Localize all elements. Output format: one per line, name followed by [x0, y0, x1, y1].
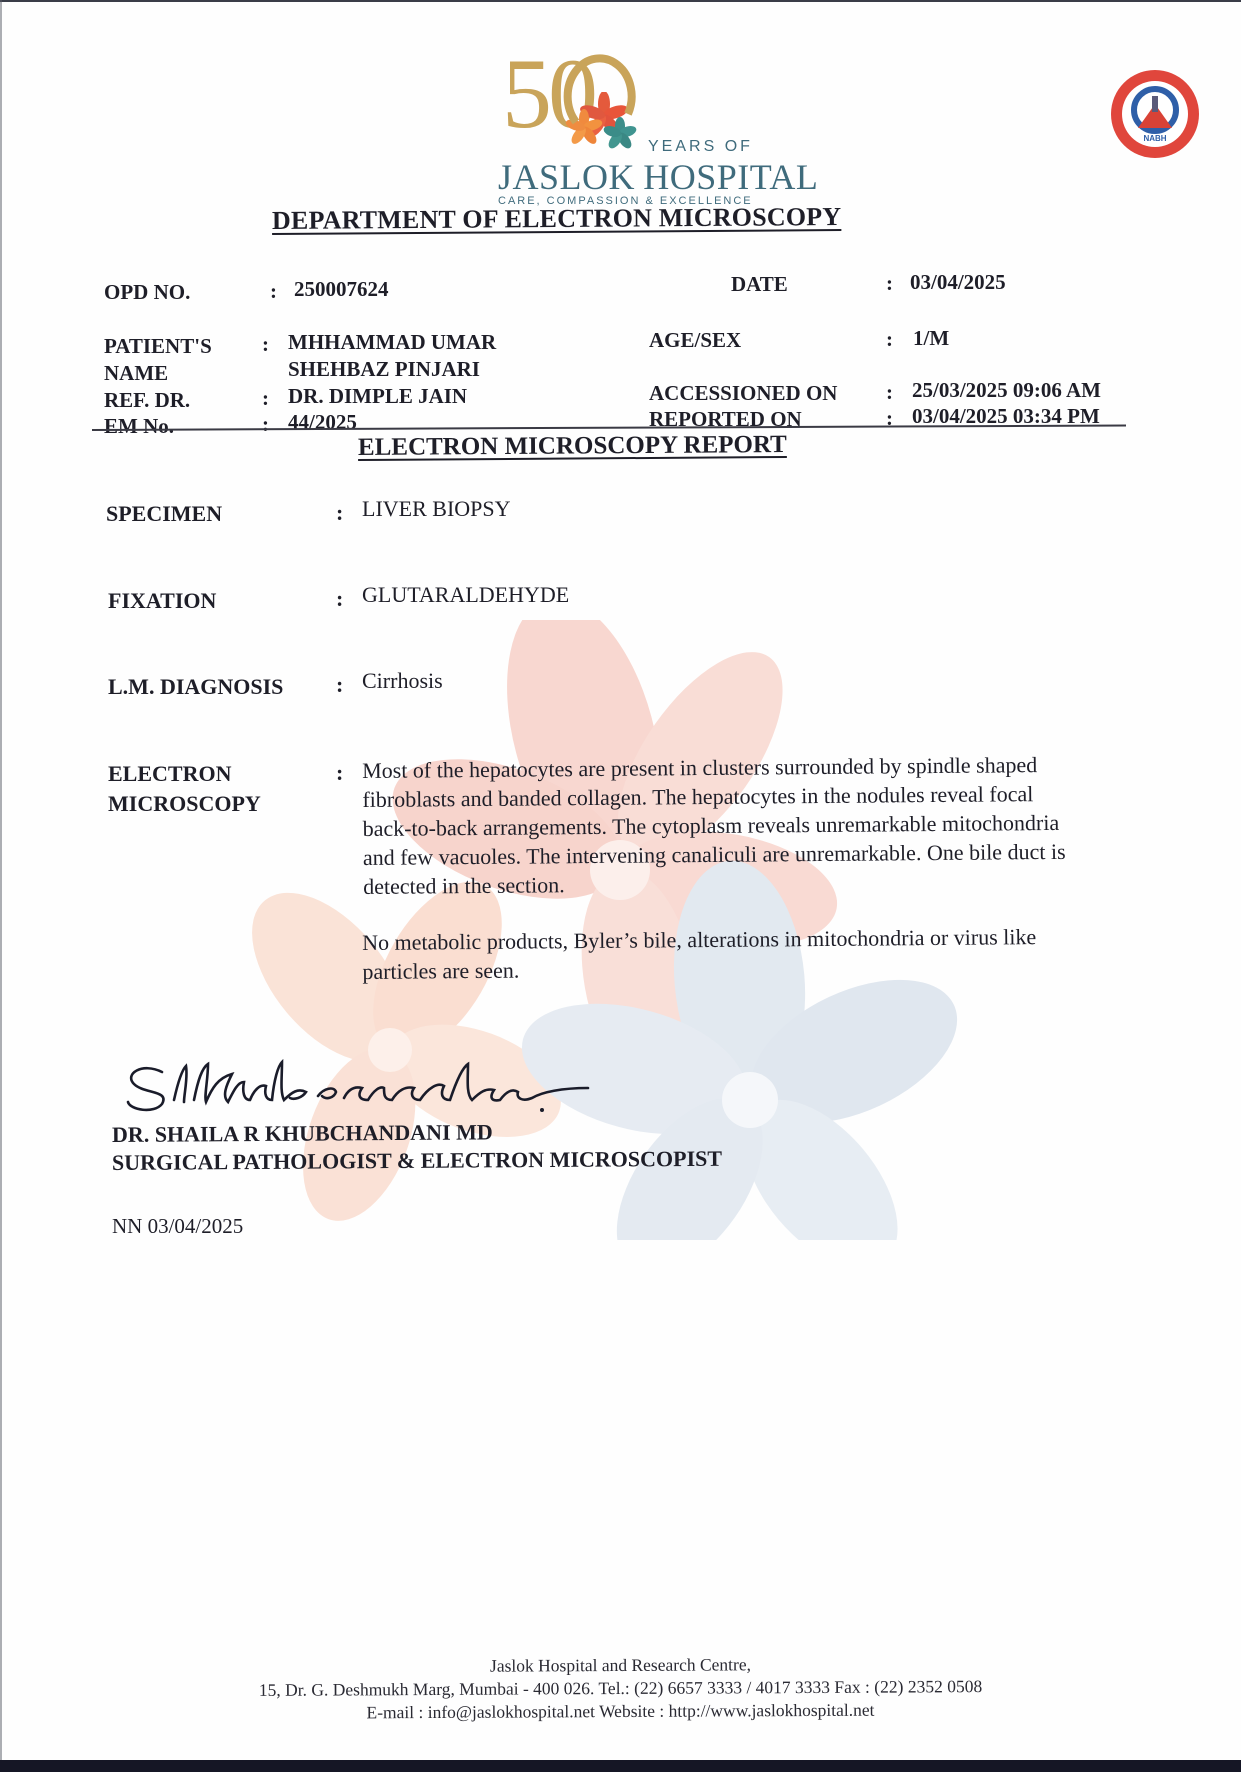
separator: : — [262, 412, 269, 437]
em-no-value: 44/2025 — [288, 410, 357, 434]
separator: : — [886, 380, 893, 405]
initials-date: NN 03/04/2025 — [112, 1214, 243, 1239]
accessioned-on-value: 25/03/2025 09:06 AM — [912, 378, 1101, 402]
opd-no-label: OPD NO. — [104, 280, 190, 304]
separator: : — [262, 332, 269, 357]
electron-microscopy-label-1: ELECTRON — [108, 760, 231, 789]
ref-dr-value: DR. DIMPLE JAIN — [288, 384, 467, 408]
separator: : — [336, 672, 343, 698]
patient-name-label-2: NAME — [104, 361, 168, 385]
ref-dr-label: REF. DR. — [104, 388, 190, 412]
report-page: 50 — [0, 0, 1241, 1772]
date-value: 03/04/2025 — [910, 270, 1006, 294]
date-label: DATE — [731, 272, 788, 296]
accessioned-on-label: ACCESSIONED ON — [649, 381, 837, 405]
hospital-logo: 50 — [496, 58, 776, 208]
separator: : — [336, 760, 343, 786]
report-title: ELECTRON MICROSCOPY REPORT — [358, 431, 787, 462]
age-sex-value: 1/M — [913, 326, 949, 350]
separator: : — [270, 279, 277, 304]
separator: : — [262, 386, 269, 411]
scan-edge-bottom — [0, 1760, 1241, 1772]
footer-address: Jaslok Hospital and Research Centre, 15,… — [0, 1654, 1241, 1723]
separator: : — [886, 327, 893, 352]
scan-edge-left — [0, 0, 2, 1772]
patient-name-value-2: SHEHBAZ PINJARI — [288, 357, 480, 381]
electron-microscopy-conclusion: No metabolic products, Byler’s bile, alt… — [362, 922, 1082, 986]
patient-name-value-1: MHHAMMAD UMAR — [288, 330, 496, 354]
logo-hospital-name: JASLOK HOSPITAL — [498, 156, 818, 198]
electron-microscopy-findings: Most of the hepatocytes are present in c… — [362, 750, 1083, 901]
svg-text:NABH: NABH — [1143, 134, 1166, 143]
patient-name-label-1: PATIENT'S — [104, 334, 212, 358]
department-title: DEPARTMENT OF ELECTRON MICROSCOPY — [272, 202, 841, 236]
logo-years-text: YEARS OF — [648, 138, 753, 156]
fixation-label: FIXATION — [108, 587, 216, 616]
em-no-label: EM No. — [104, 414, 174, 438]
separator: : — [336, 500, 343, 526]
logo-zero-ring-icon — [562, 52, 638, 142]
signatory-title: SURGICAL PATHOLOGIST & ELECTRON MICROSCO… — [112, 1146, 722, 1176]
scan-edge-top — [0, 0, 1241, 2]
signatory-name: DR. SHAILA R KHUBCHANDANI MD — [112, 1119, 493, 1148]
electron-microscopy-label-2: MICROSCOPY — [108, 790, 261, 819]
fixation-value: GLUTARALDEHYDE — [362, 582, 569, 608]
specimen-label: SPECIMEN — [106, 500, 222, 529]
lm-diagnosis-label: L.M. DIAGNOSIS — [108, 673, 283, 702]
separator: : — [886, 271, 893, 296]
separator: : — [336, 586, 343, 612]
lm-diagnosis-value: Cirrhosis — [362, 668, 443, 694]
opd-no-value: 250007624 — [294, 277, 389, 301]
specimen-value: LIVER BIOPSY — [362, 496, 511, 522]
handwritten-signature-icon — [122, 1052, 612, 1118]
age-sex-label: AGE/SEX — [649, 328, 741, 352]
nabh-seal-icon: NABH — [1108, 66, 1202, 162]
